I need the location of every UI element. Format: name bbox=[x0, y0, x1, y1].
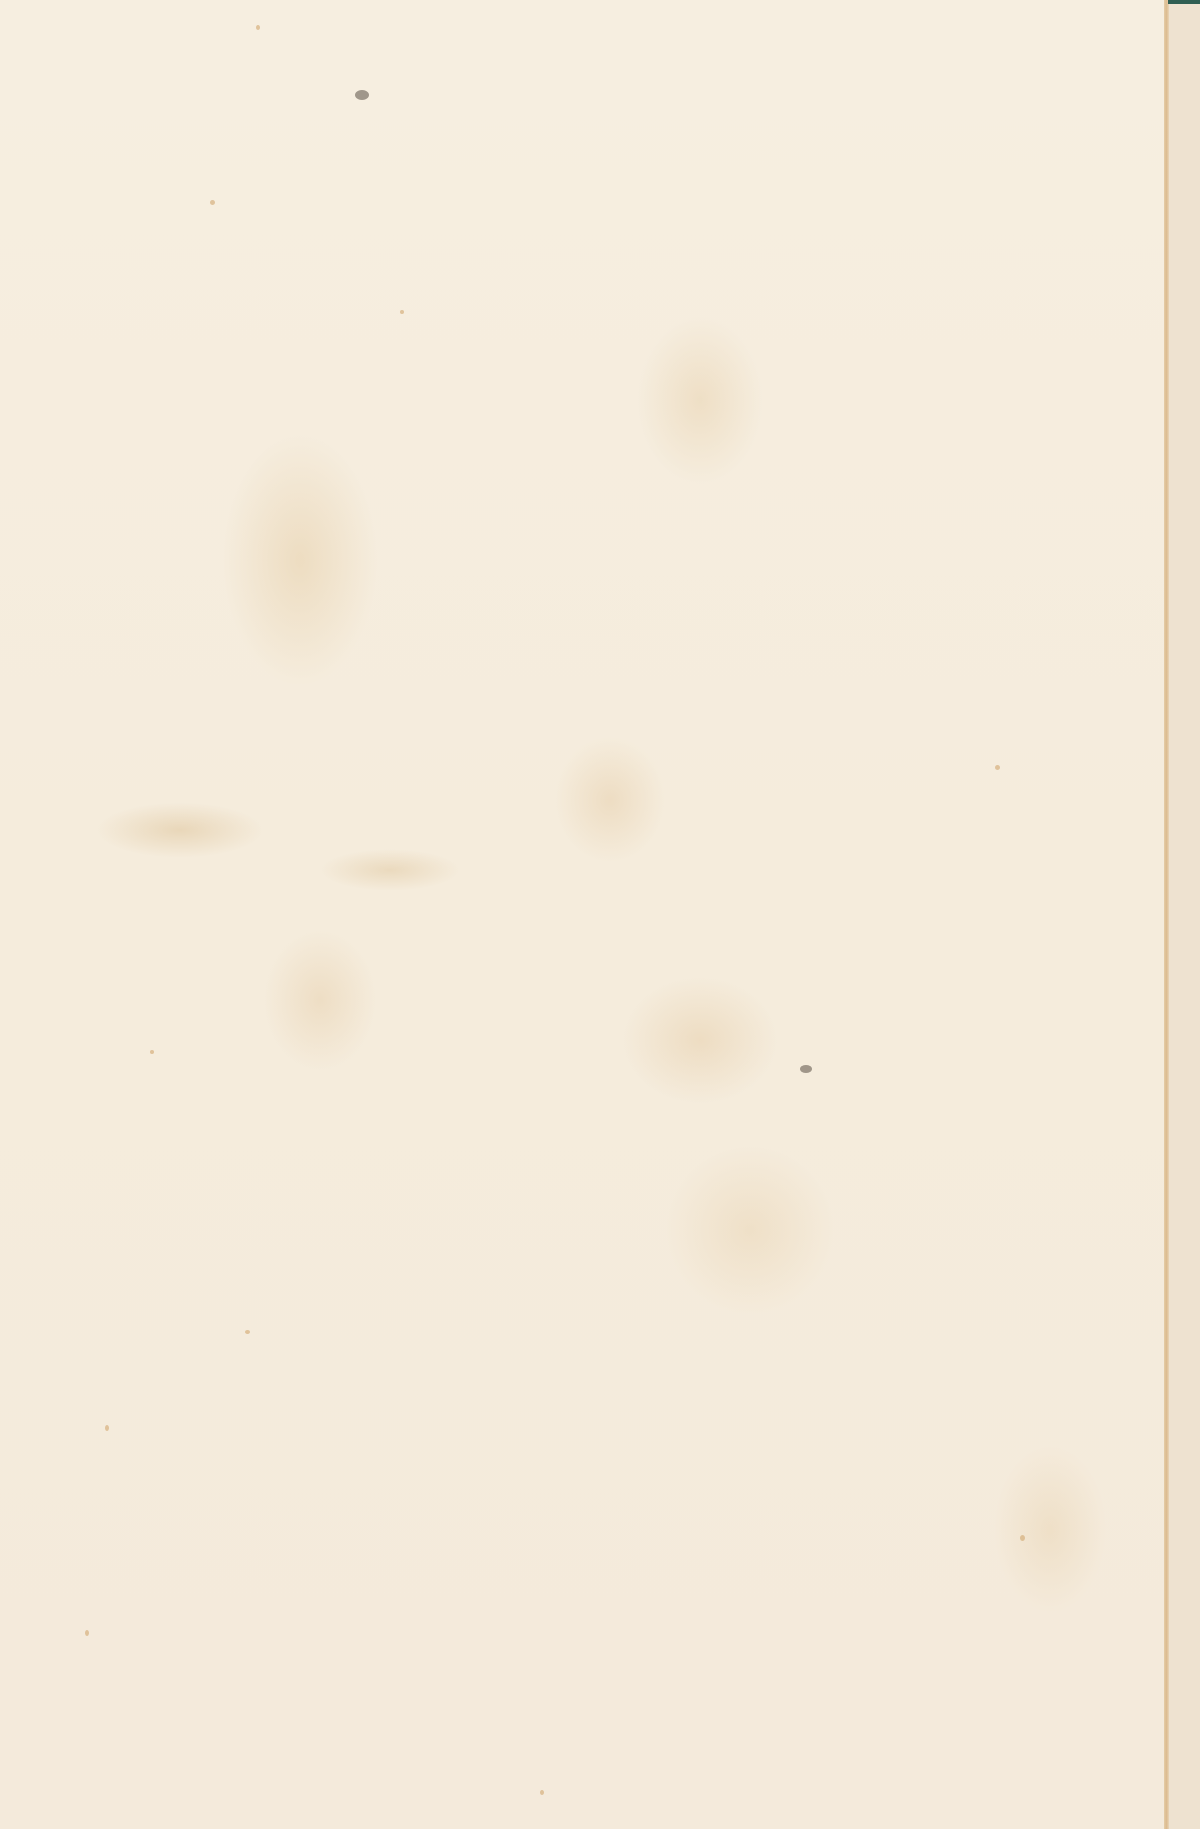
foxing-spot bbox=[85, 1630, 89, 1636]
foxing-spot bbox=[995, 765, 1000, 770]
foxing-spot bbox=[400, 310, 404, 314]
foxing-spot bbox=[210, 200, 215, 205]
book-back-cover bbox=[0, 0, 1200, 1829]
spine-strip bbox=[1169, 0, 1200, 1829]
spine-top-edge bbox=[1168, 0, 1200, 4]
foxing-spot bbox=[1020, 1535, 1025, 1541]
ink-smudge bbox=[800, 1065, 812, 1073]
ink-smudge bbox=[355, 90, 369, 100]
foxing-spot bbox=[105, 1425, 109, 1431]
foxing-spot bbox=[245, 1330, 250, 1334]
foxing-spot bbox=[540, 1790, 544, 1795]
foxing-spot bbox=[256, 25, 260, 30]
foxing-spot bbox=[150, 1050, 154, 1054]
